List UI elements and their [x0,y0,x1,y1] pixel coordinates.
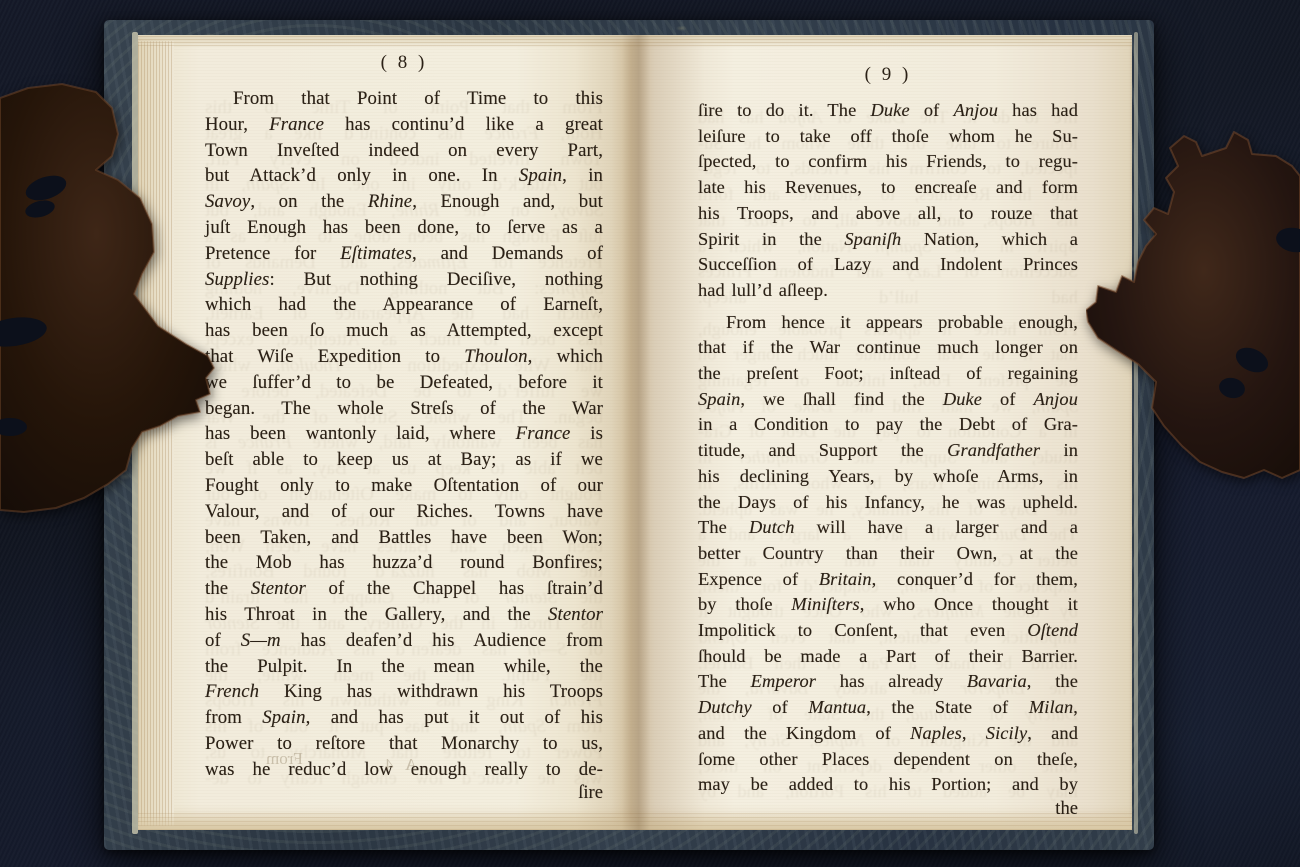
page-number-left: ( 8 ) [205,52,603,74]
text-line: From that Point of Time to this [205,86,603,112]
text-line: Fought only to make Oſtentation of our [205,473,603,499]
text-line: Spain, we ſhall find the Duke of Anjou [698,387,1078,413]
text-line: Valour, and of our Riches. Towns have [205,499,603,525]
text-line: had lull’d aſleep. [698,278,1078,304]
text-line: Succeſſion of Lazy and Indolent Princes [698,252,1078,278]
text-line: been Taken, and Battles have been Won; [205,525,603,551]
text-line: by thoſe Miniſters, who Once thought it [698,592,1078,618]
text-line: which had the Appearance of Earneſt, [205,292,603,318]
text-line: Expence of Britain, conquer’d for them, [698,567,1078,593]
text-line: leiſure to take off thoſe whom he Su- [698,124,1078,150]
text-line: The Emperor has already Bavaria, the [698,669,1078,695]
text-line: titude, and Support the Grandfather in [698,438,1078,464]
text-line: has been wantonly laid, where France is [205,421,603,447]
text-line: late his Revenues, to encreaſe and form [698,175,1078,201]
page-top-edge [138,35,1132,46]
text-line: his Throat in the Gallery, and the Stent… [205,602,603,628]
text-line: was he reduc’d low enough really to de- [205,757,603,783]
text-line: the Mob has huzza’d round Bonfires; [205,550,603,576]
text-line: his Troops, and above all, to rouze that [698,201,1078,227]
text-line: The Dutch will have a larger and a [698,515,1078,541]
text-line: of S—m has deafen’d his Audience from [205,628,603,654]
text-line: Pretence for Eſtimates, and Demands of [205,241,603,267]
text-line: the Stentor of the Chappel has ſtrain’d [205,576,603,602]
paragraph: ſire to do it. The Duke of Anjou has had… [698,98,1078,304]
text-line: the preſent Foot; inſtead of regaining [698,361,1078,387]
text-line: better Country than their Own, at the [698,541,1078,567]
left-clasp [0,82,218,514]
text-line: the Pulpit. In the mean while, the [205,654,603,680]
right-clasp [1086,124,1300,486]
text-line: ſhould be made a Part of their Barrier. [698,644,1078,670]
text-line: Dutchy of Mantua, the State of Milan, [698,695,1078,721]
book-pages: From that Point of Time to thisHour, Fra… [138,35,1132,830]
text-line: the Days of his Infancy, he was upheld. [698,490,1078,516]
text-line: in a Condition to pay the Debt of Gra- [698,412,1078,438]
text-line: ſire to do it. The Duke of Anjou has had [698,98,1078,124]
text-line: that Wiſe Expedition to Thoulon, which [205,344,603,370]
text-line: beſt able to keep us at Bay; as if we [205,447,603,473]
text-line: Spirit in the Spaniſh Nation, which a [698,227,1078,253]
catchword-right: the [698,798,1078,820]
text-line: and the Kingdom of Naples, Sicily, and [698,721,1078,747]
velvet-background: From that Point of Time to thisHour, Fra… [0,0,1300,867]
text-line: Savoy, on the Rhine, Enough and, but [205,189,603,215]
catchword-left: ſire [205,782,603,804]
text-line: has been ſo much as Attempted, except [205,318,603,344]
text-line: French King has withdrawn his Troops [205,679,603,705]
text-line: Impolitick to Conſent, that even Oſtend [698,618,1078,644]
text-line: juſt Enough has been done, to ſerve as a [205,215,603,241]
left-clasp-body [0,84,214,512]
text-line: Power to reſtore that Monarchy to us, [205,731,603,757]
page-8-text: From that Point of Time to thisHour, Fra… [205,86,603,783]
text-line: Town Inveſted indeed on every Part, [205,138,603,164]
page-number-right: ( 9 ) [698,64,1078,86]
paragraph: From hence it appears probable enough,th… [698,310,1078,798]
text-line: that if the War continue much longer on [698,335,1078,361]
book: From that Point of Time to thisHour, Fra… [104,20,1154,850]
right-clasp-body [1086,132,1300,478]
text-line: Hour, France has continu’d like a great [205,112,603,138]
text-line: ſome other Places dependent on theſe, [698,747,1078,773]
text-line: began. The whole Streſs of the War [205,396,603,422]
text-line: Supplies: But nothing Deciſive, nothing [205,267,603,293]
text-line: ſpected, to confirm his Friends, to regu… [698,149,1078,175]
text-line: may be added to his Portion; and by [698,772,1078,798]
text-line: From hence it appears probable enough, [698,310,1078,336]
text-line: his declining Years, by whoſe Arms, in [698,464,1078,490]
text-line: but Attack’d only in one. In Spain, in [205,163,603,189]
page-9-text: ſire to do it. The Duke of Anjou has had… [698,98,1078,798]
text-line: from Spain, and has put it out of his [205,705,603,731]
text-line: we ſuffer’d to be Defeated, before it [205,370,603,396]
paragraph: From that Point of Time to thisHour, Fra… [205,86,603,783]
